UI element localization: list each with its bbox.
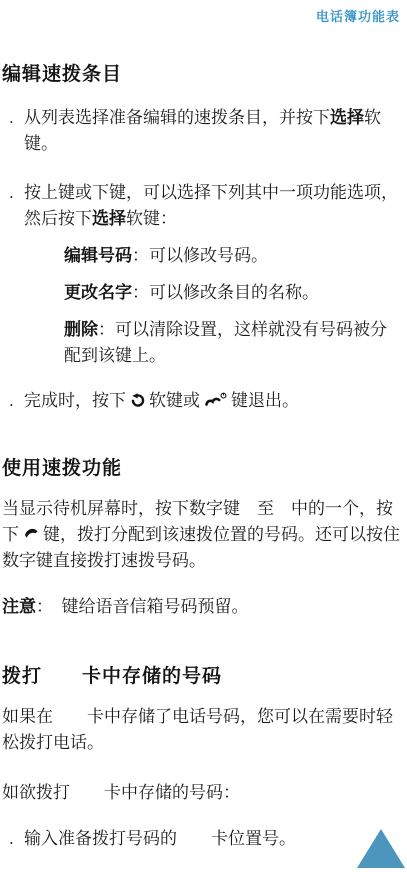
page-corner-triangle (357, 829, 405, 868)
step2-text-pre: 按上键或下键，可以选择下列其中一项功能选项，然后按下 (24, 183, 398, 229)
softkey-label-select: 选择 (330, 108, 364, 128)
step3-text-pre: 完成时，按下 (24, 391, 126, 411)
note-paragraph: 注意： 键给语音信箱号码预留。 (2, 594, 400, 620)
option-desc: ：可以修改条目的名称。 (132, 283, 319, 303)
step3-text-mid: 软键或 (149, 391, 200, 411)
option-desc: ：可以清除设置，这样就没有号码被分配到该键上。 (64, 320, 387, 366)
softkey-label-select: 选择 (92, 209, 126, 229)
list-marker: . (2, 388, 24, 414)
list-item-select-entry: . 从列表选择准备编辑的速拨条目，并按下选择软键。 (2, 105, 400, 157)
back-softkey-icon (130, 393, 145, 408)
card-steps-list: . 输入准备拨打号码的 卡位置号。 (2, 826, 400, 852)
option-edit-number: 编辑号码：可以修改号码。 (64, 243, 400, 269)
step-text: 输入准备拨打号码的 卡位置号。 (24, 826, 400, 852)
list-item-exit: . 完成时，按下软键或键退出。 (2, 388, 400, 414)
list-marker: . (2, 826, 24, 852)
header-title: 电话簿功能表 (316, 10, 400, 25)
step-text: 从列表选择准备编辑的速拨条目，并按下选择软键。 (24, 105, 400, 157)
list-marker: . (2, 105, 24, 157)
option-delete: 删除：可以清除设置，这样就没有号码被分配到该键上。 (64, 317, 400, 369)
end-power-key-icon (204, 392, 227, 408)
section-title-dial-card-number: 拨打 卡中存储的号码 (2, 661, 400, 688)
send-call-key-icon (23, 527, 39, 542)
step1-text-pre: 从列表选择准备编辑的速拨条目，并按下 (24, 108, 330, 128)
step-text: 按上键或下键，可以选择下列其中一项功能选项，然后按下选择软键： 编辑号码：可以修… (24, 180, 400, 369)
option-desc: ：可以修改号码。 (132, 246, 268, 266)
section-title-edit-speed-dial: 编辑速拨条目 (2, 59, 400, 86)
list-item-choose-option: . 按上键或下键，可以选择下列其中一项功能选项，然后按下选择软键： 编辑号码：可… (2, 180, 400, 369)
option-term: 删除 (64, 320, 98, 340)
step-text: 完成时，按下软键或键退出。 (24, 388, 400, 414)
page-header: 电话簿功能表 (2, 6, 400, 25)
option-term: 编辑号码 (64, 246, 132, 266)
card-howto-paragraph: 如欲拨打 卡中存储的号码： (2, 780, 400, 806)
manual-page: 电话簿功能表 编辑速拨条目 . 从列表选择准备编辑的速拨条目，并按下选择软键。 … (0, 0, 407, 872)
option-term: 更改名字 (64, 283, 132, 303)
note-text: ： 键给语音信箱号码预留。 (36, 597, 249, 617)
list-marker: . (2, 180, 24, 369)
option-change-name: 更改名字：可以修改条目的名称。 (64, 280, 400, 306)
edit-options-list: 编辑号码：可以修改号码。 更改名字：可以修改条目的名称。 删除：可以清除设置，这… (64, 243, 400, 369)
section-title-use-speed-dial: 使用速拨功能 (2, 453, 400, 480)
step2-text-post: 软键： (126, 209, 177, 229)
note-label: 注意 (2, 597, 36, 617)
card-intro-paragraph: 如果在 卡中存储了电话号码，您可以在需要时轻松拨打电话。 (2, 704, 400, 756)
step3-text-post: 键退出。 (231, 391, 299, 411)
list-item-enter-location: . 输入准备拨打号码的 卡位置号。 (2, 826, 400, 852)
speed-dial-paragraph: 当显示待机屏幕时，按下数字键 至 中的一个，按下键，拨打分配到该速拨位置的号码。… (2, 496, 400, 574)
speed-dial-text-post: 键，拨打分配到该速拨位置的号码。还可以按住数字键直接拨打速拨号码。 (2, 525, 400, 571)
edit-steps-list: . 从列表选择准备编辑的速拨条目，并按下选择软键。 . 按上键或下键，可以选择下… (2, 105, 400, 414)
